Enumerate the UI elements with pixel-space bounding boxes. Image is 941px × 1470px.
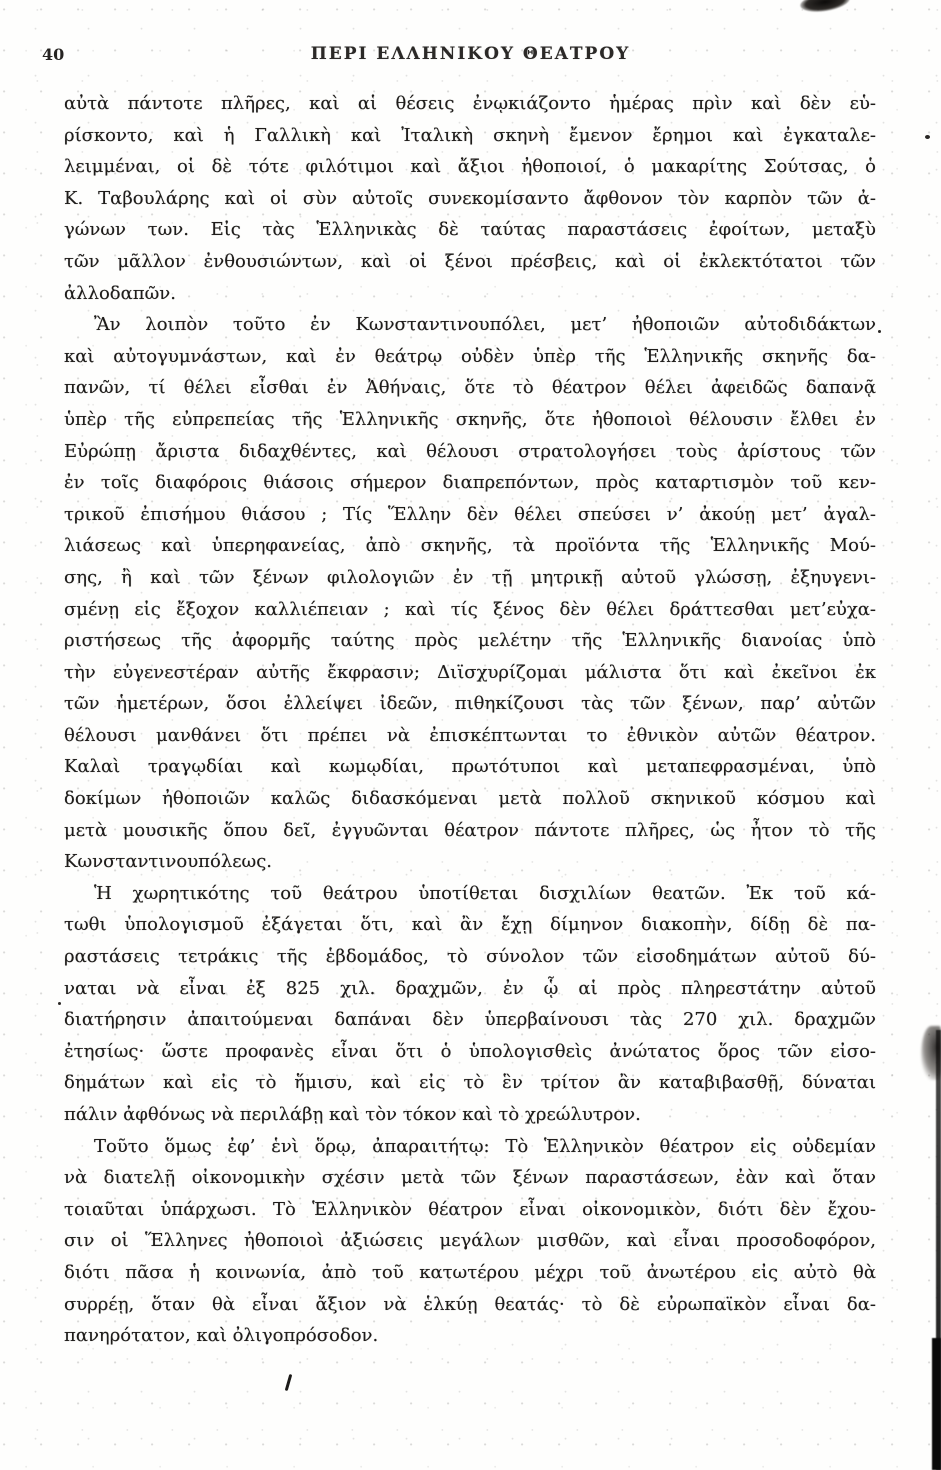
scanned-book-page: 40 ΠΕΡΙ ΕΛΛΗΝΙΚΟΥ ΘΕΑΤΡΟΥ αὐτὰ πάντοτε π… [0, 0, 941, 1470]
text-line: Κωνσταντινουπόλεως. [64, 846, 876, 878]
paragraph: Ἂν λοιπὸν τοῦτο ἐν Κωνσταντινουπόλει, με… [64, 309, 876, 878]
text-line: ἐτησίως· ὥστε προφανὲς εἶναι ὅτι ὁ ὑπολο… [64, 1036, 876, 1068]
text-line: ὑπὲρ τῆς εὐπρεπείας τῆς Ἑλληνικῆς σκηνῆς… [64, 404, 876, 436]
text-line: διότι πᾶσα ἡ κοινωνία, ἀπὸ τοῦ κατωτέρου… [64, 1257, 876, 1289]
text-line: τοιαῦται ὑπάρχωσι. Τὸ Ἑλληνικὸν θέατρον … [64, 1194, 876, 1226]
text-line: δοκίμων ἠθοποιῶν καλῶς διδασκόμεναι μετὰ… [64, 783, 876, 815]
running-header: 40 ΠΕΡΙ ΕΛΛΗΝΙΚΟΥ ΘΕΑΤΡΟΥ [0, 44, 941, 68]
scan-edge-shadow-bottom [932, 1338, 941, 1470]
text-line: ριστήσεως τῆς ἀφορμῆς ταύτης πρὸς μελέτη… [64, 625, 876, 657]
text-line: σιν οἱ Ἕλληνες ἠθοποιοὶ ἀξιώσεις μεγάλων… [64, 1225, 876, 1257]
text-line: γώνων των. Εἰς τὰς Ἑλληνικὰς δὲ ταύτας π… [64, 214, 876, 246]
text-line: διατήρησιν ἀπαιτούμεναι δαπάναι δὲν ὑπερ… [64, 1004, 876, 1036]
scan-speck [58, 1002, 61, 1005]
paragraph: αὐτὰ πάντοτε πλῆρες, καὶ αἱ θέσεις ἐνῳκι… [64, 88, 876, 309]
text-line: τρικοῦ ἐπισήμου θιάσου ; Τίς Ἕλλην δὲν θ… [64, 499, 876, 531]
text-line: ραστάσεις τετράκις τῆς ἑβδομάδος, τὸ σύν… [64, 941, 876, 973]
text-line: ρίσκοντο, καὶ ἡ Γαλλικὴ καὶ Ἰταλικὴ σκην… [64, 120, 876, 152]
text-line: αὐτὰ πάντοτε πλῆρες, καὶ αἱ θέσεις ἐνῳκι… [64, 88, 876, 120]
text-line: Κ. Ταβουλάρης καὶ οἱ σὺν αὐτοῖς συνεκομί… [64, 183, 876, 215]
text-line: καὶ αὐτογυμνάστων, καὶ ἐν θεάτρῳ οὐδὲν ὑ… [64, 341, 876, 373]
text-line: Τοῦτο ὅμως ἐφ’ ἑνὶ ὅρῳ, ἀπαραιτήτῳ: Τὸ Ἑ… [64, 1131, 876, 1163]
text-line: Ἡ χωρητικότης τοῦ θεάτρου ὑποτίθεται δισ… [64, 878, 876, 910]
text-line: νὰ διατελῇ οἰκονομικὴν σχέσιν μετὰ τῶν ξ… [64, 1162, 876, 1194]
paragraph: Τοῦτο ὅμως ἐφ’ ἑνὶ ὅρῳ, ἀπαραιτήτῳ: Τὸ Ἑ… [64, 1131, 876, 1352]
text-line: πανηρότατον, καὶ ὀλιγοπρόσοδον. [64, 1320, 876, 1352]
scan-speck [925, 135, 930, 139]
text-line: ἀλλοδαπῶν. [64, 278, 876, 310]
text-line: ναται νὰ εἶναι ἐξ 825 χιλ. δραχμῶν, ἐν ᾧ… [64, 973, 876, 1005]
page-title: ΠΕΡΙ ΕΛΛΗΝΙΚΟΥ ΘΕΑΤΡΟΥ [0, 44, 941, 64]
text-line: θέλουσι μανθάνει ὅτι πρέπει νὰ ἐπισκέπτω… [64, 720, 876, 752]
text-line: μετὰ μουσικῆς ὅπου δεῖ, ἐγγυῶνται θέατρο… [64, 815, 876, 847]
text-line: συρρέῃ, ὅταν θὰ εἶναι ἄξιον νὰ ἑλκύῃ θεα… [64, 1289, 876, 1321]
text-line: τωθι ὑπολογισμοῦ ἐξάγεται ὅτι, καὶ ἂν ἔχ… [64, 909, 876, 941]
text-line: πανῶν, τί θέλει εἶσθαι ἐν Ἀθήναις, ὅτε τ… [64, 372, 876, 404]
text-line: τῶν ἡμετέρων, ὅσοι ἐλλείψει ἰδεῶν, πιθηκ… [64, 688, 876, 720]
text-line: Εὐρώπῃ ἄριστα διδαχθέντες, καὶ θέλουσι σ… [64, 436, 876, 468]
text-line: Καλαὶ τραγῳδίαι καὶ κωμῳδίαι, πρωτότυποι… [64, 751, 876, 783]
text-line: σης, ἢ καὶ τῶν ξένων φιλολογιῶν ἐν τῇ μη… [64, 562, 876, 594]
text-line: τὴν εὐγενεστέραν αὐτῆς ἔκφρασιν; Διϊσχυρ… [64, 657, 876, 689]
text-line: λειμμέναι, οἱ δὲ τότε φιλότιμοι καὶ ἄξιο… [64, 151, 876, 183]
text-line: σμένῃ εἰς ἔξοχον καλλιέπειαν ; καὶ τίς ξ… [64, 594, 876, 626]
scan-speck [878, 330, 881, 333]
text-line: δημάτων καὶ εἰς τὸ ἥμισυ, καὶ εἰς τὸ ἓν … [64, 1067, 876, 1099]
paragraph: Ἡ χωρητικότης τοῦ θεάτρου ὑποτίθεται δισ… [64, 878, 876, 1131]
ink-smudge [799, 0, 851, 15]
text-line: λιάσεως καὶ ὑπερηφανείας, ἀπὸ σκηνῆς, τὰ… [64, 530, 876, 562]
text-line: ἐν τοῖς διαφόροις θιάσοις σήμερον διαπρε… [64, 467, 876, 499]
text-line: τῶν μᾶλλον ἐνθουσιώντων, καὶ οἱ ξένοι πρ… [64, 246, 876, 278]
text-line: πάλιν ἀφθόνως νὰ περιλάβῃ καὶ τὸν τόκον … [64, 1099, 876, 1131]
stray-pen-mark [285, 1374, 293, 1391]
text-line: Ἂν λοιπὸν τοῦτο ἐν Κωνσταντινουπόλει, με… [64, 309, 876, 341]
text-block: αὐτὰ πάντοτε πλῆρες, καὶ αἱ θέσεις ἐνῳκι… [64, 88, 876, 1352]
